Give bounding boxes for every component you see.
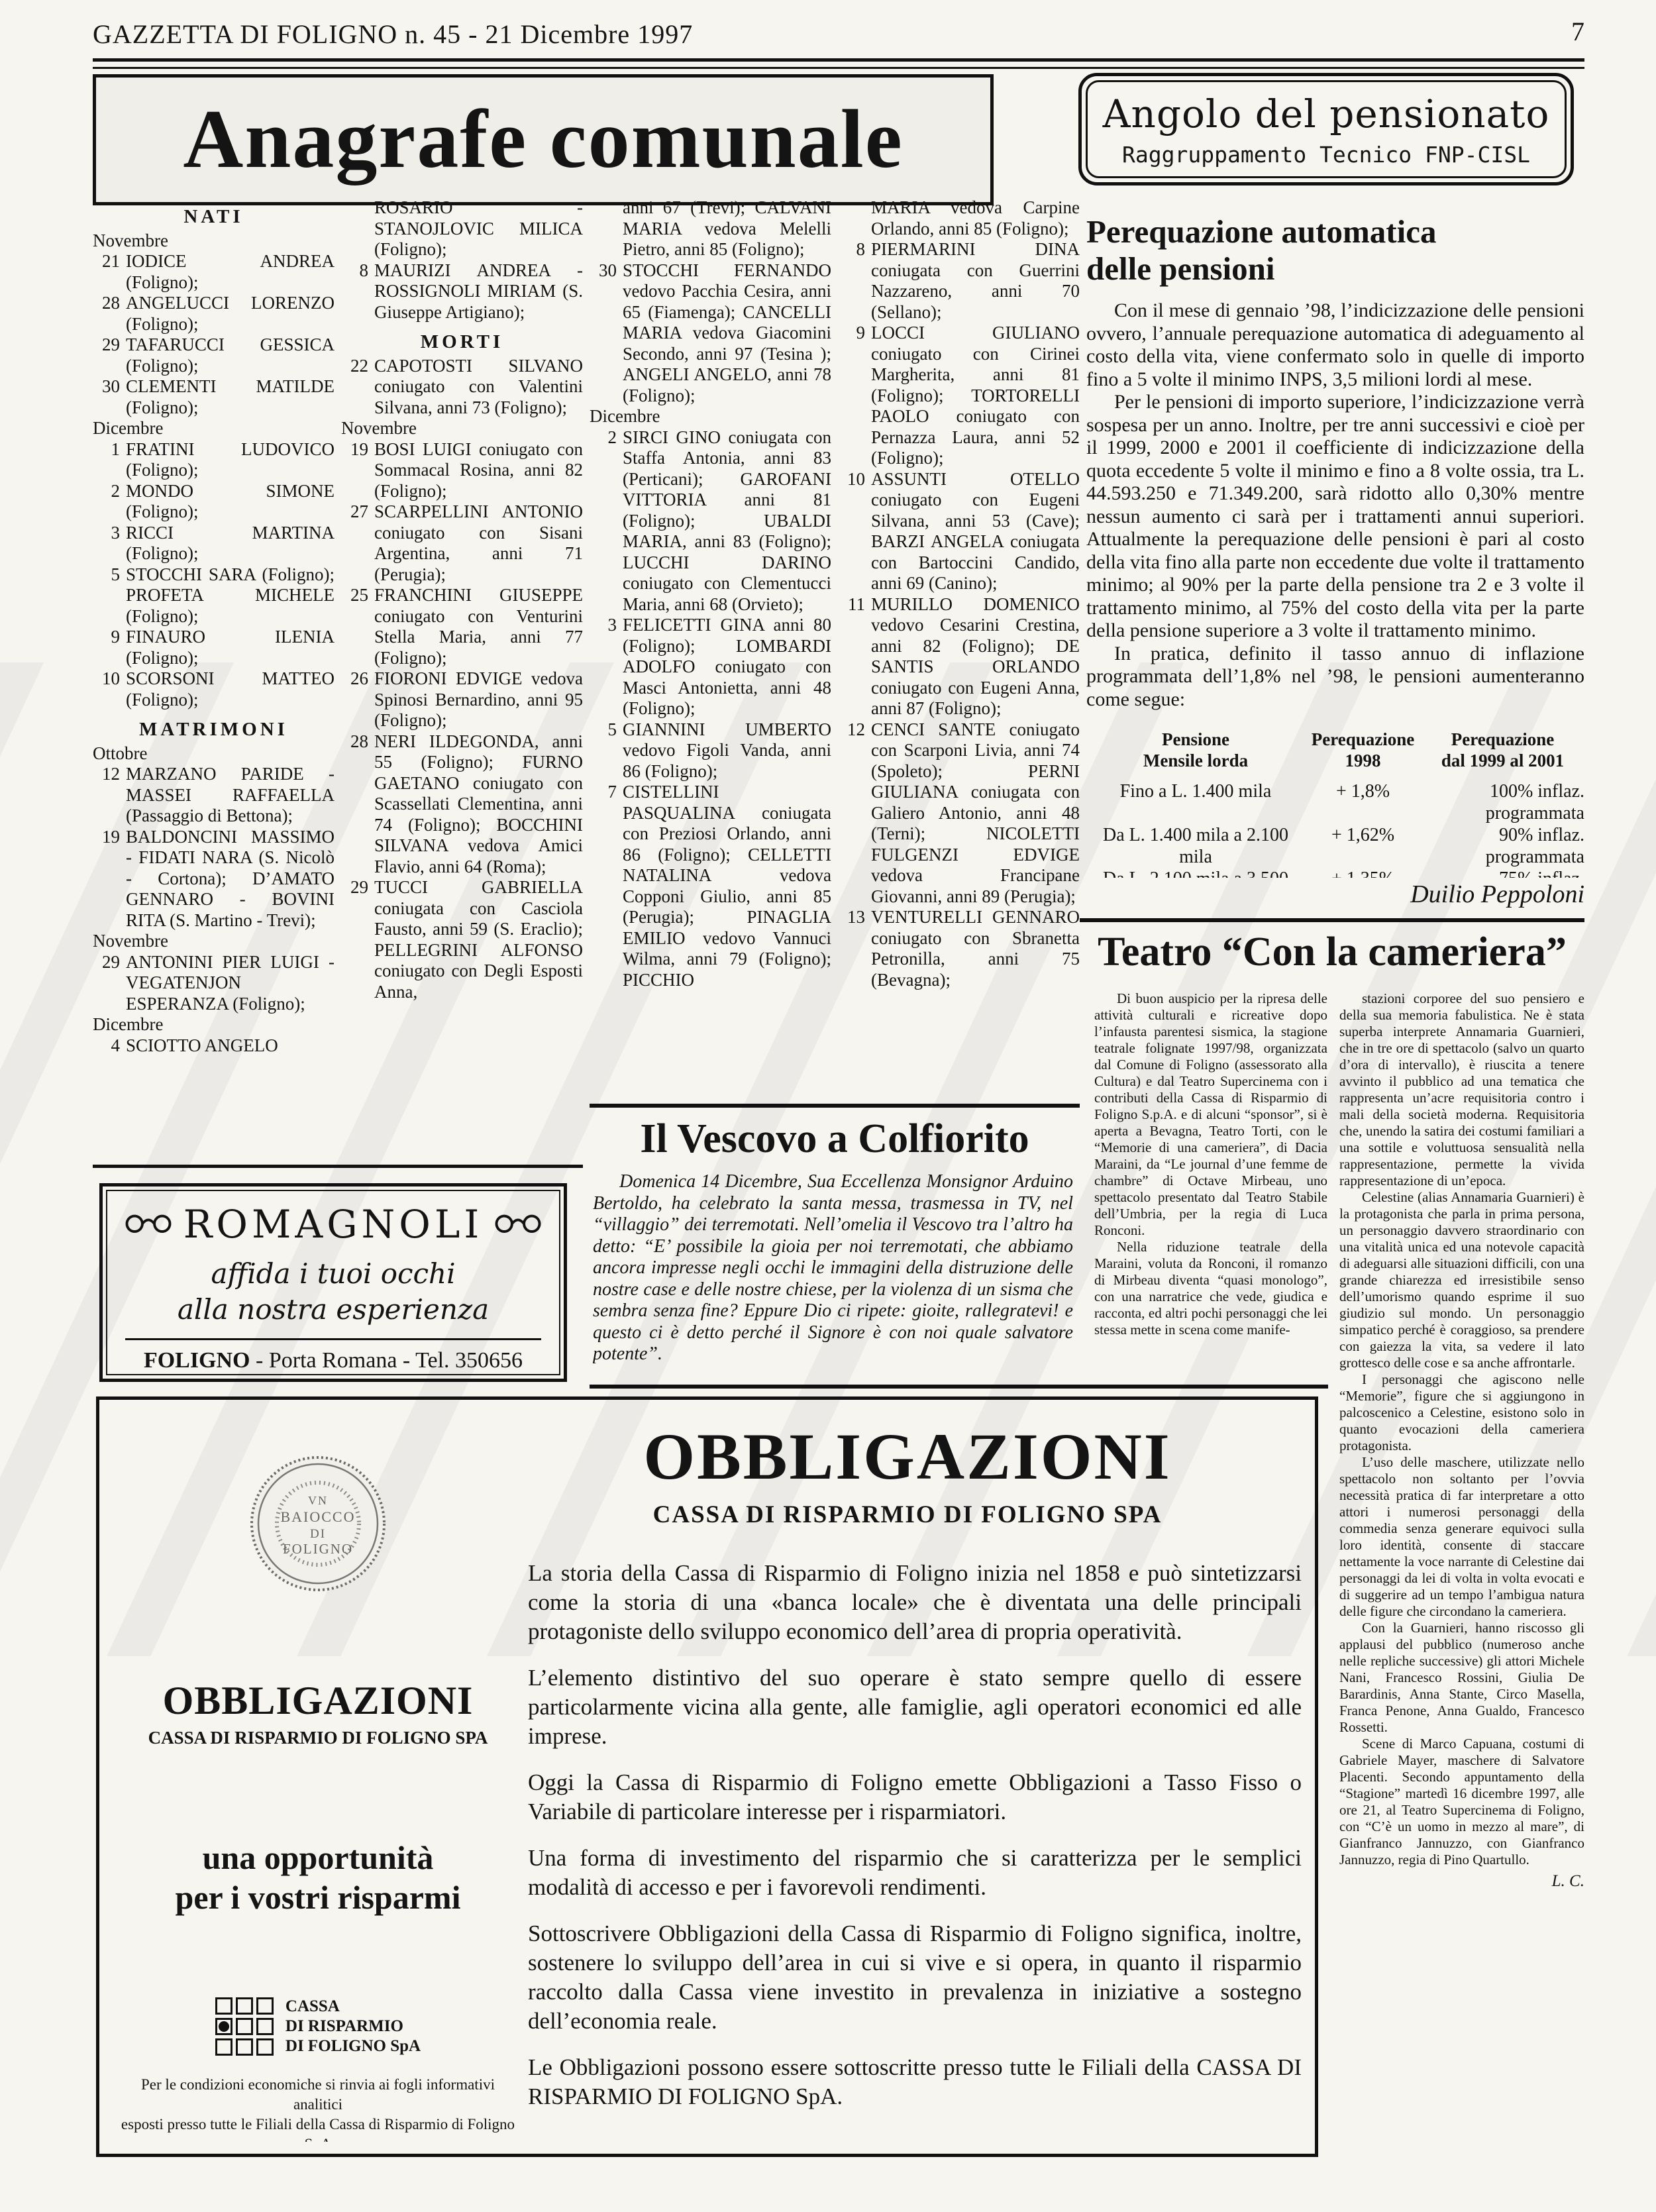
list-item: 28 NERI ILDEGONDA, anni 55 (Foligno); FU… <box>341 731 583 878</box>
obbligazioni-left-subtitle: CASSA DI RISPARMIO DI FOLIGNO SPA <box>148 1728 488 1748</box>
header-perequazione-1999-2001: Perequazione dal 1999 al 2001 <box>1421 729 1584 771</box>
obbligazioni-left-title: OBBLIGAZIONI <box>163 1678 474 1724</box>
list-item: Novembre <box>93 231 335 252</box>
entry-day: 22 <box>341 356 374 419</box>
teatro-paragraph: Celestine (alias Annamaria Guarnieri) è … <box>1339 1189 1584 1371</box>
obbligazioni-paragraph: Una forma di investimento del risparmio … <box>528 1844 1302 1902</box>
perequazione-body: Con il mese di gennaio ’98, l’indicizzaz… <box>1086 299 1584 723</box>
list-item: 29 ANTONINI PIER LUIGI - VEGATENJON ESPE… <box>93 952 335 1015</box>
list-item: 27 SCARPELLINI ANTONIO coniugato con Sis… <box>341 501 583 585</box>
list-item: MATRIMONI <box>93 719 335 741</box>
entry-text: anni 67 (Trevi); CALVANI MARIA vedova Me… <box>623 197 831 260</box>
list-item: 12 MARZANO PARIDE - MASSEI RAFFAELLA (Pa… <box>93 764 335 827</box>
list-item: 5 STOCCHI SARA (Foligno); PROFETA MICHEL… <box>93 564 335 627</box>
entry-text: BOSI LUIGI coniugato con Sommacal Rosina… <box>374 439 583 502</box>
cell-pensione: Da L. 2.100 mila a 3.500 mila <box>1086 868 1305 878</box>
entry-text: STOCCHI SARA (Foligno); PROFETA MICHELE … <box>126 564 335 627</box>
list-item: 21 IODICE ANDREA (Foligno); <box>93 251 335 293</box>
entry-day: 10 <box>838 469 871 594</box>
obbligazioni-text-column: La storia della Cassa di Risparmio di Fo… <box>528 1559 1302 2142</box>
list-item: anni 67 (Trevi); CALVANI MARIA vedova Me… <box>590 197 831 260</box>
entry-text: SIRCI GINO coniugata con Staffa Antonia,… <box>623 427 831 615</box>
entry-day: 28 <box>341 731 374 878</box>
table-row: Da L. 2.100 mila a 3.500 mila + 1,35% 75… <box>1086 868 1584 878</box>
perequazione-paragraph: Con il mese di gennaio ’98, l’indicizzaz… <box>1086 299 1584 391</box>
angolo-subtitle: Raggruppamento Tecnico FNP-CISL <box>1122 142 1530 168</box>
list-item: 3 RICCI MARTINA (Foligno); <box>93 523 335 564</box>
teatro-paragraph: I personaggi che agiscono nelle “Memorie… <box>1339 1371 1584 1454</box>
vescovo-text: Domenica 14 Dicembre, Sua Eccellenza Mon… <box>593 1171 1073 1383</box>
cell-perequazione-1998: + 1,8% <box>1305 780 1421 824</box>
teatro-paragraph: Scene di Marco Capuana, costumi di Gabri… <box>1339 1736 1584 1868</box>
entry-text: GIANNINI UMBERTO vedovo Figoli Vanda, an… <box>623 719 831 782</box>
masthead: GAZZETTA DI FOLIGNO n. 45 - 21 Dicembre … <box>93 19 1153 50</box>
entry-day: 4 <box>93 1035 126 1057</box>
list-item: ROSARIO - STANOJLOVIC MILICA (Foligno); <box>341 197 583 260</box>
entry-day: 7 <box>590 782 623 990</box>
cassa-logo-text: CASSADI RISPARMIODI FOLIGNO SpA <box>285 1997 421 2056</box>
entry-text: ANGELUCCI LORENZO (Foligno); <box>126 293 335 335</box>
entry-text: FRATINI LUDOVICO (Foligno); <box>126 439 335 481</box>
list-item: 3 FELICETTI GINA anni 80 (Foligno); LOMB… <box>590 615 831 719</box>
entry-text: LOCCI GIULIANO coniugato con Cirinei Mar… <box>871 323 1080 469</box>
romagnoli-ad: ROMAGNOLI affida i tuoi occhialla nostra… <box>99 1183 567 1382</box>
entry-text: CAPOTOSTI SILVANO coniugato con Valentin… <box>374 356 583 419</box>
obbligazioni-ad: OBBLIGAZIONI CASSA DI RISPARMIO DI FOLIG… <box>96 1396 1318 2157</box>
obbligazioni-main-subtitle: CASSA DI RISPARMIO DI FOLIGNO SPA <box>510 1501 1305 1529</box>
vescovo-bottom-rule <box>590 1385 1328 1389</box>
entry-day: 30 <box>590 260 623 407</box>
entry-text: FINAURO ILENIA (Foligno); <box>126 627 335 668</box>
anagrafe-column-3: anni 67 (Trevi); CALVANI MARIA vedova Me… <box>590 197 831 1098</box>
entry-text: SCARPELLINI ANTONIO coniugato con Sisani… <box>374 501 583 585</box>
angolo-del-pensionato-box: Angolo del pensionato Raggruppamento Tec… <box>1078 73 1574 185</box>
entry-day: 8 <box>341 260 374 323</box>
list-item: 2 MONDO SIMONE (Foligno); <box>93 481 335 523</box>
entry-text: RICCI MARTINA (Foligno); <box>126 523 335 564</box>
teatro-title: Teatro “Con la cameriera” <box>1080 929 1584 976</box>
list-item: 28 ANGELUCCI LORENZO (Foligno); <box>93 293 335 335</box>
romagnoli-city: FOLIGNO <box>144 1348 250 1373</box>
pension-table: Pensione Mensile lorda Perequazione 1998… <box>1086 729 1584 878</box>
obbligazioni-main-title: OBBLIGAZIONI <box>510 1418 1305 1495</box>
entry-text: SCIOTTO ANGELO <box>126 1035 335 1057</box>
entry-text: NERI ILDEGONDA, anni 55 (Foligno); FURNO… <box>374 731 583 878</box>
entry-day: 2 <box>93 481 126 523</box>
svg-text:DI: DI <box>309 1527 325 1541</box>
entry-text: TUCCI GABRIELLA coniugata con Casciola F… <box>374 877 583 1002</box>
entry-text: IODICE ANDREA (Foligno); <box>126 251 335 293</box>
teatro-column-b: stazioni corporee del suo pensiero e del… <box>1339 990 1584 2077</box>
perequazione-author: Duilio Peppoloni <box>1086 880 1584 909</box>
cell-perequazione-1999-2001: 100% inflaz. programmata <box>1421 780 1584 824</box>
entry-text: BALDONCINI MASSIMO - FIDATI NARA (S. Nic… <box>126 827 335 931</box>
entry-day: 29 <box>93 952 126 1015</box>
masthead-rule-top <box>93 58 1584 62</box>
cell-perequazione-1999-2001: 90% inflaz. programmata <box>1421 824 1584 868</box>
obbligazioni-tagline: una opportunitàper i vostri risparmi <box>176 1838 461 1917</box>
entry-text: ROSARIO - STANOJLOVIC MILICA (Foligno); <box>374 197 583 260</box>
entry-day: 21 <box>93 251 126 293</box>
entry-day: 30 <box>93 376 126 418</box>
entry-day: 12 <box>93 764 126 827</box>
slogan-line: affida i tuoi occhi <box>178 1256 489 1292</box>
baiocco-seal-icon: VN BAIOCCO DI FOLIGNO <box>247 1453 389 1599</box>
list-item: Ottobre <box>93 743 335 764</box>
list-item: 1 FRATINI LUDOVICO (Foligno); <box>93 439 335 481</box>
header-line: Mensile lorda <box>1086 750 1305 771</box>
entry-text: MONDO SIMONE (Foligno); <box>126 481 335 523</box>
cell-perequazione-1998: + 1,62% <box>1305 824 1421 868</box>
svg-text:VN: VN <box>308 1494 328 1507</box>
entry-text: MATRIMONI <box>139 719 288 741</box>
list-item: 22 CAPOTOSTI SILVANO coniugato con Valen… <box>341 356 583 419</box>
list-item: 4 SCIOTTO ANGELO <box>93 1035 335 1057</box>
perequazione-title-line1: Perequazione automatica <box>1086 213 1583 250</box>
anagrafe-column-4: MARIA vedova Carpine Orlando, anni 85 (F… <box>838 197 1080 1098</box>
obbligazioni-paragraph: La storia della Cassa di Risparmio di Fo… <box>528 1559 1302 1646</box>
entry-day: 13 <box>838 907 871 990</box>
svg-text:FOLIGNO: FOLIGNO <box>282 1541 352 1557</box>
entry-text: ANTONINI PIER LUIGI - VEGATENJON ESPERAN… <box>126 952 335 1015</box>
entry-day: 8 <box>838 239 871 323</box>
list-item: 30 STOCCHI FERNANDO vedovo Pacchia Cesir… <box>590 260 831 407</box>
entry-day: 28 <box>93 293 126 335</box>
entry-text: ASSUNTI OTELLO coniugato con Eugeni Silv… <box>871 469 1080 594</box>
obbligazioni-paragraph: Sottoscrivere Obbligazioni della Cassa d… <box>528 1919 1302 2036</box>
newspaper-page: GAZZETTA DI FOLIGNO n. 45 - 21 Dicembre … <box>0 0 1656 2212</box>
list-item: 29 TUCCI GABRIELLA coniugata con Casciol… <box>341 877 583 1002</box>
entry-text: Novembre <box>341 418 583 439</box>
list-item: 10 SCORSONI MATTEO (Foligno); <box>93 668 335 710</box>
entry-day: 9 <box>93 627 126 668</box>
list-item: 7 CISTELLINI PASQUALINA coniugata con Pr… <box>590 782 831 990</box>
teatro-paragraph: stazioni corporee del suo pensiero e del… <box>1339 990 1584 1189</box>
entry-day: 29 <box>93 335 126 376</box>
entry-day: 25 <box>341 585 374 668</box>
table-row: Da L. 1.400 mila a 2.100 mila + 1,62% 90… <box>1086 824 1584 868</box>
pension-table-header: Pensione Mensile lorda Perequazione 1998… <box>1086 729 1584 771</box>
entry-text: CISTELLINI PASQUALINA coniugata con Prez… <box>623 782 831 990</box>
glasses-icon <box>123 1212 174 1237</box>
list-item: 29 TAFARUCCI GESSICA (Foligno); <box>93 335 335 376</box>
teatro-paragraph: Con la Guarnieri, hanno riscosso gli app… <box>1339 1620 1584 1736</box>
entry-text: MURILLO DOMENICO vedovo Cesarini Crestin… <box>871 594 1080 719</box>
list-item: 13 VENTURELLI GENNARO coniugato con Sbra… <box>838 907 1080 990</box>
entry-text: FELICETTI GINA anni 80 (Foligno); LOMBAR… <box>623 615 831 719</box>
list-item: Dicembre <box>93 418 335 439</box>
list-item: 8 PIERMARINI DINA coniugata con Guerrini… <box>838 239 1080 323</box>
cassa-logo: CASSADI RISPARMIODI FOLIGNO SpA <box>215 1997 421 2056</box>
anagrafe-column-1: NATI Novembre 21 IODICE ANDREA (Foligno)… <box>93 197 335 1161</box>
anagrafe-column-2: ROSARIO - STANOJLOVIC MILICA (Foligno); … <box>341 197 583 1161</box>
list-item: 12 CENCI SANTE coniugato con Scarponi Li… <box>838 719 1080 908</box>
tagline-line: per i vostri risparmi <box>176 1877 461 1917</box>
header-pensione: Pensione Mensile lorda <box>1086 729 1305 771</box>
logo-line: CASSA <box>285 1997 421 2017</box>
entry-day: 19 <box>341 439 374 502</box>
list-item: 11 MURILLO DOMENICO vedovo Cesarini Cres… <box>838 594 1080 719</box>
cell-pensione: Da L. 1.400 mila a 2.100 mila <box>1086 824 1305 868</box>
page-number: 7 <box>1510 16 1584 47</box>
entry-text: Dicembre <box>93 418 335 439</box>
entry-day: 5 <box>590 719 623 782</box>
entry-text: FIORONI EDVIGE vedova Spinosi Bernardino… <box>374 668 583 731</box>
obbligazioni-paragraph: Oggi la Cassa di Risparmio di Foligno em… <box>528 1768 1302 1826</box>
list-item: Dicembre <box>590 406 831 427</box>
list-item: 25 FRANCHINI GIUSEPPE coniugato con Vent… <box>341 585 583 668</box>
entry-text: CLEMENTI MATILDE (Foligno); <box>126 376 335 418</box>
teatro-paragraph: L’uso delle maschere, utilizzate nello s… <box>1339 1454 1584 1620</box>
obbligazioni-fine-print: Per le condizioni economiche si rinvia a… <box>119 2075 517 2142</box>
slogan-line: alla nostra esperienza <box>178 1292 489 1328</box>
entry-day: 3 <box>93 523 126 564</box>
obbligazioni-paragraph: Le Obbligazioni possono essere sottoscri… <box>528 2053 1302 2111</box>
entry-text: Novembre <box>93 231 335 252</box>
header-line: Perequazione <box>1421 729 1584 750</box>
list-item: Novembre <box>93 931 335 952</box>
anagrafe-title: Anagrafe comunale <box>183 92 903 187</box>
obbligazioni-paragraph: L’elemento distintivo del suo operare è … <box>528 1663 1302 1751</box>
list-item: NATI <box>93 207 335 228</box>
obbligazioni-left-column: VN BAIOCCO DI FOLIGNO OBBLIGAZIONI CASSA… <box>119 1453 517 2142</box>
entry-text: Novembre <box>93 931 335 952</box>
list-item: 10 ASSUNTI OTELLO coniugato con Eugeni S… <box>838 469 1080 594</box>
anagrafe-banner: Anagrafe comunale <box>93 74 994 205</box>
logo-line: DI FOLIGNO SpA <box>285 2036 421 2056</box>
cassa-logo-grid-icon <box>215 1997 274 2056</box>
header-line: 1998 <box>1305 750 1421 771</box>
list-item: 2 SIRCI GINO coniugata con Staffa Antoni… <box>590 427 831 615</box>
entry-day: 9 <box>838 323 871 469</box>
tagline-line: una opportunità <box>176 1838 461 1877</box>
cell-pensione: Fino a L. 1.400 mila <box>1086 780 1305 824</box>
cell-perequazione-1998: + 1,35% <box>1305 868 1421 878</box>
perequazione-paragraph: In pratica, definito il tasso annuo di i… <box>1086 643 1584 711</box>
romagnoli-address-rest: - Porta Romana - Tel. 350656 <box>250 1348 523 1373</box>
svg-text:BAIOCCO: BAIOCCO <box>280 1508 355 1525</box>
entry-text: TAFARUCCI GESSICA (Foligno); <box>126 335 335 376</box>
header-line: Perequazione <box>1305 729 1421 750</box>
list-item: 5 GIANNINI UMBERTO vedovo Figoli Vanda, … <box>590 719 831 782</box>
entry-day: 19 <box>93 827 126 931</box>
entry-text: Dicembre <box>93 1014 335 1035</box>
teatro-top-rule <box>1080 918 1584 922</box>
teatro-column-b-paragraphs: stazioni corporee del suo pensiero e del… <box>1339 990 1584 1868</box>
entry-text: VENTURELLI GENNARO coniugato con Sbranet… <box>871 907 1080 990</box>
logo-line: DI RISPARMIO <box>285 2017 421 2036</box>
entry-day: 2 <box>590 427 623 615</box>
fine-print-line: esposti presso tutte le Filiali della Ca… <box>119 2115 517 2142</box>
entry-text: NATI <box>183 207 243 228</box>
teatro-signature: L. C. <box>1339 1872 1584 1891</box>
entry-text: PIERMARINI DINA coniugata con Guerrini N… <box>871 239 1080 323</box>
perequazione-title: Perequazione automatica delle pensioni <box>1086 213 1583 288</box>
teatro-column-a: Di buon auspicio per la ripresa delle at… <box>1094 990 1327 1375</box>
angolo-title: Angolo del pensionato <box>1103 91 1550 136</box>
teatro-paragraph: Di buon auspicio per la ripresa delle at… <box>1094 990 1327 1239</box>
list-item: 9 FINAURO ILENIA (Foligno); <box>93 627 335 668</box>
entry-text: Ottobre <box>93 743 335 764</box>
header-line: Pensione <box>1086 729 1305 750</box>
entry-day <box>838 197 871 239</box>
list-item: 19 BALDONCINI MASSIMO - FIDATI NARA (S. … <box>93 827 335 931</box>
header-perequazione-1998: Perequazione 1998 <box>1305 729 1421 771</box>
fine-print-line: Per le condizioni economiche si rinvia a… <box>119 2075 517 2115</box>
entry-day: 29 <box>341 877 374 1002</box>
perequazione-paragraph: Per le pensioni di importo superiore, l’… <box>1086 391 1584 643</box>
perequazione-title-line2: delle pensioni <box>1086 250 1583 288</box>
teatro-paragraph: Nella riduzione teatrale della Maraini, … <box>1094 1239 1327 1338</box>
cell-perequazione-1999-2001: 75% inflaz. programmata <box>1421 868 1584 878</box>
entry-text: SCORSONI MATTEO (Foligno); <box>126 668 335 710</box>
list-item: MORTI <box>341 332 583 353</box>
glasses-icon <box>492 1212 544 1237</box>
list-item: 19 BOSI LUIGI coniugato con Sommacal Ros… <box>341 439 583 502</box>
entry-day <box>341 197 374 260</box>
vescovo-top-rule <box>590 1104 1080 1108</box>
table-row: Fino a L. 1.400 mila + 1,8% 100% inflaz.… <box>1086 780 1584 824</box>
list-item: Novembre <box>341 418 583 439</box>
entry-day: 3 <box>590 615 623 719</box>
entry-day: 1 <box>93 439 126 481</box>
entry-day: 27 <box>341 501 374 585</box>
entry-text: MAURIZI ANDREA - ROSSIGNOLI MIRIAM (S. G… <box>374 260 583 323</box>
vescovo-title: Il Vescovo a Colfiorito <box>590 1116 1080 1163</box>
columns-bottom-rule <box>93 1165 583 1168</box>
list-item: 9 LOCCI GIULIANO coniugato con Cirinei M… <box>838 323 1080 469</box>
romagnoli-name: ROMAGNOLI <box>183 1202 484 1247</box>
list-item: 26 FIORONI EDVIGE vedova Spinosi Bernard… <box>341 668 583 731</box>
romagnoli-slogan: affida i tuoi occhialla nostra esperienz… <box>178 1256 489 1328</box>
entry-day: 26 <box>341 668 374 731</box>
masthead-rule-bottom <box>93 67 1584 69</box>
header-line: dal 1999 al 2001 <box>1421 750 1584 771</box>
entry-text: MARIA vedova Carpine Orlando, anni 85 (F… <box>871 197 1080 239</box>
entry-text: FRANCHINI GIUSEPPE coniugato con Venturi… <box>374 585 583 668</box>
entry-day: 12 <box>838 719 871 908</box>
entry-text: Dicembre <box>590 406 831 427</box>
pension-table-rows: Fino a L. 1.400 mila + 1,8% 100% inflaz.… <box>1086 780 1584 878</box>
entry-day: 10 <box>93 668 126 710</box>
romagnoli-divider <box>125 1338 541 1340</box>
entry-day: 11 <box>838 594 871 719</box>
entry-text: CENCI SANTE coniugato con Scarponi Livia… <box>871 719 1080 908</box>
list-item: Dicembre <box>93 1014 335 1035</box>
entry-day <box>590 197 623 260</box>
entry-text: MARZANO PARIDE - MASSEI RAFFAELLA (Passa… <box>126 764 335 827</box>
list-item: 8 MAURIZI ANDREA - ROSSIGNOLI MIRIAM (S.… <box>341 260 583 323</box>
entry-day: 5 <box>93 564 126 627</box>
entry-text: MORTI <box>421 332 503 353</box>
list-item: MARIA vedova Carpine Orlando, anni 85 (F… <box>838 197 1080 239</box>
romagnoli-address: FOLIGNO - Porta Romana - Tel. 350656 <box>144 1348 523 1373</box>
list-item: 30 CLEMENTI MATILDE (Foligno); <box>93 376 335 418</box>
entry-text: STOCCHI FERNANDO vedovo Pacchia Cesira, … <box>623 260 831 407</box>
